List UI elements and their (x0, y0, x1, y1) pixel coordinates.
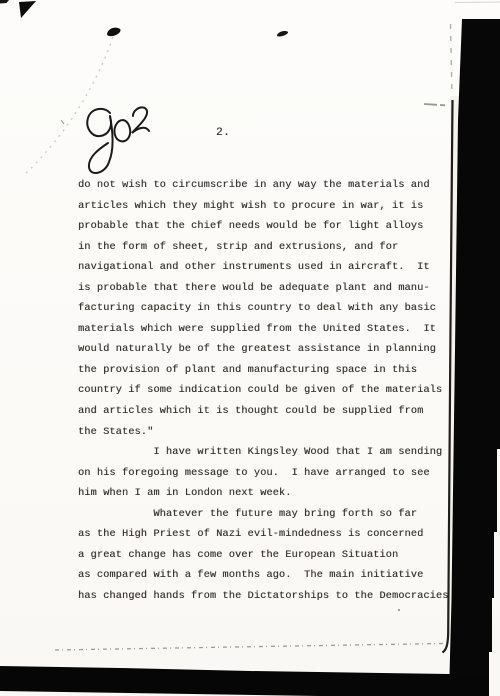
typed-line: do not wish to circumscribe in any way t… (78, 175, 458, 196)
page-number: 2. (216, 127, 230, 139)
typed-line: on his foregoing message to you. I have … (78, 463, 458, 484)
typed-line: the States." (78, 422, 458, 443)
typed-line: is probable that there would be adequate… (78, 278, 458, 299)
typed-line: has changed hands from the Dictatorships… (78, 586, 458, 607)
scratch-tick (61, 120, 64, 124)
handwritten-0 (114, 120, 130, 141)
ink-smudge-dash (277, 31, 288, 37)
typed-line: materials which were supplied from the U… (78, 319, 458, 340)
fold-mark-triangle (19, 1, 36, 18)
typed-line: as compared with a few months ago. The m… (78, 565, 458, 586)
ink-smudge-comma (107, 28, 121, 37)
typed-line: I have written Kingsley Wood that I am s… (78, 442, 458, 463)
typed-line: navigational and other instruments used … (78, 257, 458, 278)
typed-line: probable that the chief needs would be f… (78, 216, 458, 237)
paper-edge-faint-dashes (451, 24, 453, 96)
top-hairline (455, 2, 500, 3)
paper-bottom-dotted-edge (55, 644, 443, 651)
typed-line: Whatever the future may bring forth so f… (78, 504, 458, 525)
handwritten-2 (132, 107, 149, 133)
scan-bottom-band (0, 666, 489, 696)
handwritten-annotation: 902 (87, 107, 149, 173)
typed-line: him when I am in London next week. (78, 483, 458, 504)
corner-scan-strip (0, 0, 9, 4)
typed-body: do not wish to circumscribe in any way t… (78, 175, 458, 606)
stray-speck (398, 609, 400, 611)
typed-line: in the form of sheet, strip and extrusio… (78, 237, 458, 258)
scratch-line (24, 37, 113, 175)
handwritten-9-bowl (87, 109, 111, 136)
typed-line: and articles which it is thought could b… (78, 401, 458, 422)
handwritten-9-tail (89, 116, 113, 173)
typed-line: would naturally be of the greatest assis… (78, 339, 458, 360)
scanned-letter-page: 2. 902 do not wish to circumscribe in an… (0, 0, 500, 696)
typed-line: articles which they might wish to procur… (78, 196, 458, 217)
gray-dash-mark (424, 104, 445, 105)
typed-line: as the High Priest of Nazi evil-mindedne… (78, 524, 458, 545)
typed-line: country if some indication could be give… (78, 380, 458, 401)
typed-line: the provision of plant and manufacturing… (78, 360, 458, 381)
typed-line: facturing capacity in this country to de… (78, 298, 458, 319)
typed-line: a great change has come over the Europea… (78, 545, 458, 566)
